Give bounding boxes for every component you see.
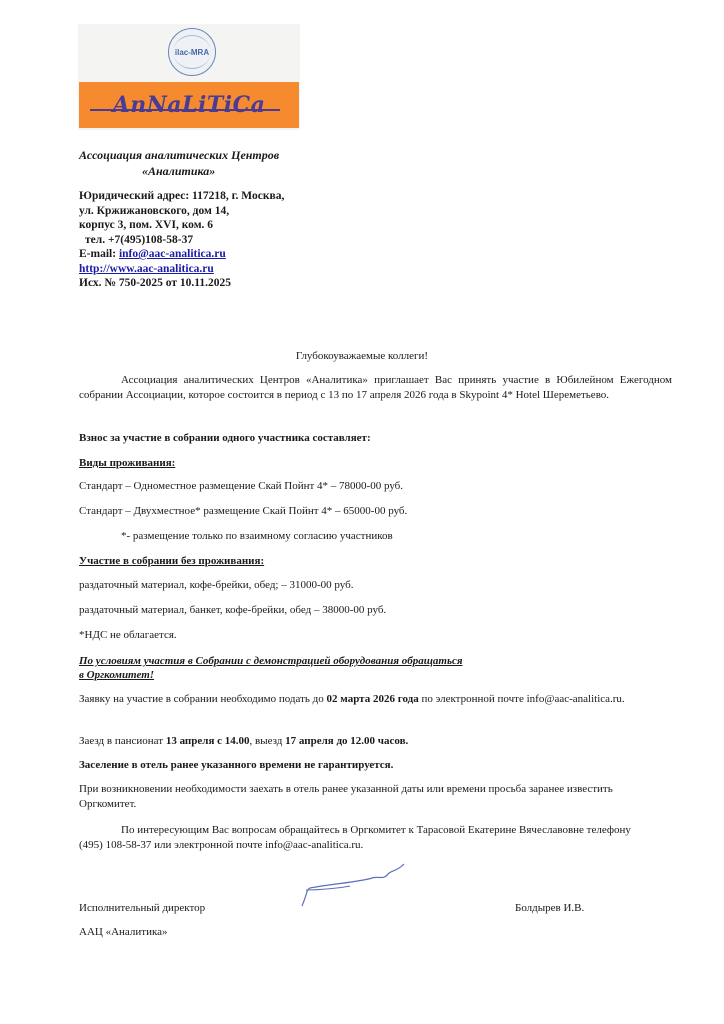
org-name-line1: Ассоциация аналитических Центров bbox=[79, 147, 279, 163]
accommodation-heading: Виды проживания: bbox=[79, 456, 175, 471]
brand-underline bbox=[90, 109, 280, 111]
checkin-mid: , выезд bbox=[250, 735, 286, 747]
address-block: Юридический адрес: 117218, г. Москва, ул… bbox=[79, 189, 284, 291]
early-checkin-warning: Заселение в отель ранее указанного време… bbox=[79, 758, 393, 773]
ilac-mra-label: ilac-MRA bbox=[174, 48, 210, 57]
early-checkin-request: При возникновении необходимости заехать … bbox=[79, 782, 672, 811]
checkout-time: 17 апреля до 12.00 часов. bbox=[285, 735, 408, 747]
website-row: http://www.aac-analitica.ru bbox=[79, 262, 284, 277]
application-prefix: Заявку на участие в собрании необходимо … bbox=[79, 693, 327, 705]
reference-number: Исх. № 750-2025 от 10.11.2025 bbox=[79, 276, 284, 291]
address-line1: Юридический адрес: 117218, г. Москва, bbox=[79, 189, 284, 204]
signatory-organization: ААЦ «Аналитика» bbox=[79, 925, 168, 940]
email-link[interactable]: info@aac-analitica.ru bbox=[119, 248, 226, 260]
accommodation-option-double: Стандарт – Двухместное* размещение Скай … bbox=[79, 504, 407, 519]
signatory-position: Исполнительный директор bbox=[79, 901, 205, 916]
application-deadline: 02 марта 2026 года bbox=[327, 693, 419, 705]
greeting: Глубокоуважаемые коллеги! bbox=[0, 349, 724, 364]
accommodation-option-single: Стандарт – Одноместное размещение Скай П… bbox=[79, 479, 403, 494]
email-label: E-mail: bbox=[79, 248, 119, 260]
application-paragraph: Заявку на участие в собрании необходимо … bbox=[79, 692, 639, 707]
intro-paragraph: Ассоциация аналитических Центров «Аналит… bbox=[79, 373, 672, 402]
equipment-note-line2: в Оргкомитет! bbox=[79, 668, 154, 683]
contact-info: По интересующим Вас вопросам обращайтесь… bbox=[79, 823, 639, 852]
address-line3: корпус 3, пом. XVI, ком. 6 bbox=[79, 218, 284, 233]
website-link[interactable]: http://www.aac-analitica.ru bbox=[79, 263, 214, 275]
brand-logo-text: AnNaLiTiCa bbox=[79, 82, 299, 128]
no-accommodation-heading: Участие в собрании без проживания: bbox=[79, 554, 264, 569]
signatory-name: Болдырев И.В. bbox=[515, 901, 584, 916]
checkin-time: 13 апреля с 14.00 bbox=[166, 735, 250, 747]
application-suffix: по электронной почте info@aac-analitica.… bbox=[419, 693, 625, 705]
checkin-paragraph: Заезд в пансионат 13 апреля с 14.00, вые… bbox=[79, 734, 408, 749]
phone: тел. +7(495)108-58-37 bbox=[79, 233, 284, 248]
fee-heading: Взнос за участие в собрании одного участ… bbox=[79, 431, 371, 446]
vat-note: *НДС не облагается. bbox=[79, 628, 177, 643]
email-row: E-mail: info@aac-analitica.ru bbox=[79, 247, 284, 262]
no-accommodation-option-1: раздаточный материал, кофе-брейки, обед;… bbox=[79, 578, 353, 593]
equipment-note-line1: По условиям участия в Собрании с демонст… bbox=[79, 654, 463, 669]
signature-icon bbox=[300, 860, 410, 910]
address-line2: ул. Кржижановского, дом 14, bbox=[79, 204, 284, 219]
org-name-line2: «Аналитика» bbox=[79, 163, 279, 179]
organization-name: Ассоциация аналитических Центров «Аналит… bbox=[79, 147, 279, 179]
checkin-prefix: Заезд в пансионат bbox=[79, 735, 166, 747]
accommodation-note: *- размещение только по взаимному соглас… bbox=[121, 529, 393, 544]
no-accommodation-option-2: раздаточный материал, банкет, кофе-брейк… bbox=[79, 603, 386, 618]
ilac-mra-logo-icon: ilac-MRA bbox=[168, 28, 216, 76]
